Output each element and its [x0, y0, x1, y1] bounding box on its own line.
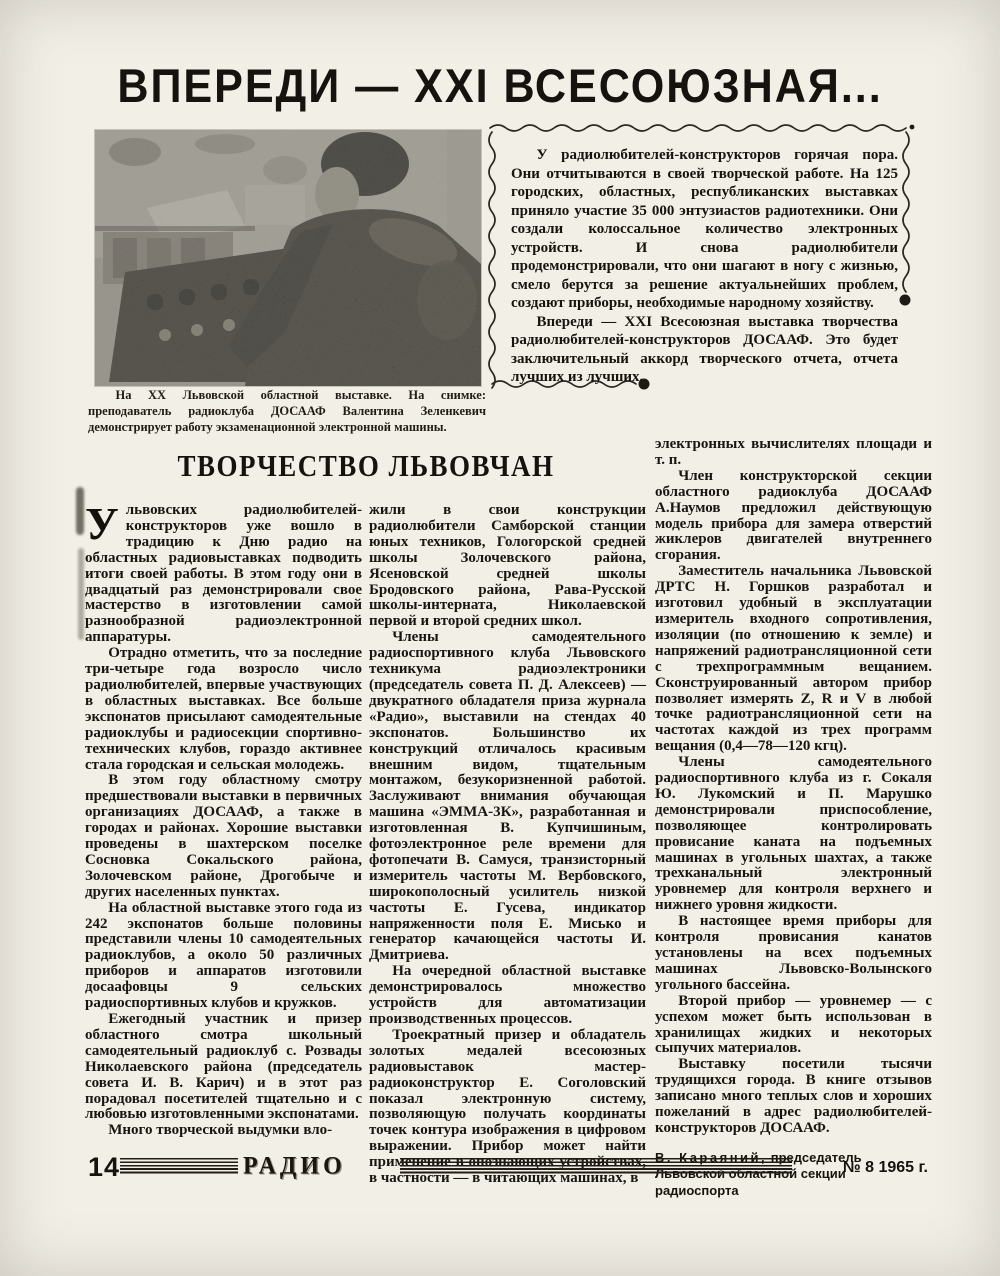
photo-illustration: [95, 130, 481, 386]
paragraph: Член конструкторской секции областного р…: [655, 469, 932, 564]
paragraph: Ежегодный участник и призер областного с…: [85, 1012, 362, 1123]
frame-corner-dot: [910, 125, 915, 130]
article-column-3: электронных вычислителях площади и т. п.…: [655, 437, 932, 1199]
scan-smudge: [78, 548, 84, 640]
frame-left-line: [489, 132, 495, 388]
intro-box: У радиолюбителей-конструкторов горячая п…: [511, 146, 898, 387]
paragraph: В этом году областному смотру предшество…: [85, 773, 362, 900]
paragraph: Заместитель начальника Львовской ДРТС Н.…: [655, 564, 932, 755]
paragraph: электронных вычислителях площади и т. п.: [655, 437, 932, 469]
issue-label: № 8 1965 г.: [843, 1159, 928, 1177]
page-headline: ВПЕРЕДИ — XXI ВСЕСОЮЗНАЯ...: [10, 60, 990, 114]
paragraph: В настоящее время приборы для контроля п…: [655, 914, 932, 994]
paragraph: На областной выставке этого года из 242 …: [85, 901, 362, 1012]
page-footer: 14 РАДИО № 8 1965 г.: [0, 1150, 1000, 1190]
article-column-1: Ульвовских радиолюбителей-конструкторов …: [85, 503, 362, 1139]
paragraph: Ульвовских радиолюбителей-конструкторов …: [85, 503, 362, 646]
paragraph: Много творческой выдумки вло-: [85, 1123, 362, 1139]
radio-magazine-logo: РАДИО: [243, 1152, 346, 1180]
paragraph: Второй прибор — уровнемер — с успехом мо…: [655, 994, 932, 1058]
scan-smudge: [76, 487, 84, 535]
paragraph: Отрадно отметить, что за последние три-ч…: [85, 646, 362, 773]
magazine-page: ВПЕРЕДИ — XXI ВСЕСОЮЗНАЯ...: [0, 0, 1000, 1276]
intro-paragraph: Впереди — XXI Всесоюзная выставка творче…: [511, 313, 898, 387]
exhibition-photo: [95, 130, 481, 386]
paragraph: Члены самодеятельного радиоспортивного к…: [655, 755, 932, 914]
rule-bar-right: [400, 1158, 792, 1175]
frame-top-line: [490, 125, 906, 131]
paragraph: На очередной областной выставке демонстр…: [369, 964, 646, 1028]
drop-cap: У: [85, 503, 126, 543]
intro-paragraph: У радиолюбителей-конструкторов горячая п…: [511, 146, 898, 313]
rule-bar-left: [120, 1158, 238, 1175]
paragraph: Члены самодеятельного радиоспортивного к…: [369, 630, 646, 964]
paragraph: Выставку посетили тысячи трудящихся горо…: [655, 1057, 932, 1137]
paragraph-text: львовских радиолюбителей-конструкторов у…: [85, 502, 362, 645]
paragraph: жили в свои конструкции радиолюбители Са…: [369, 503, 646, 630]
page-number: 14: [88, 1152, 120, 1183]
frame-right-line: [903, 132, 909, 292]
article-title: ТВОРЧЕСТВО ЛЬВОВЧАН: [85, 449, 647, 484]
article-column-2: жили в свои конструкции радиолюбители Са…: [369, 503, 646, 1187]
frame-bullet-dot: [900, 295, 911, 306]
photo-caption: На XX Львовской областной выставке. На с…: [88, 388, 486, 435]
